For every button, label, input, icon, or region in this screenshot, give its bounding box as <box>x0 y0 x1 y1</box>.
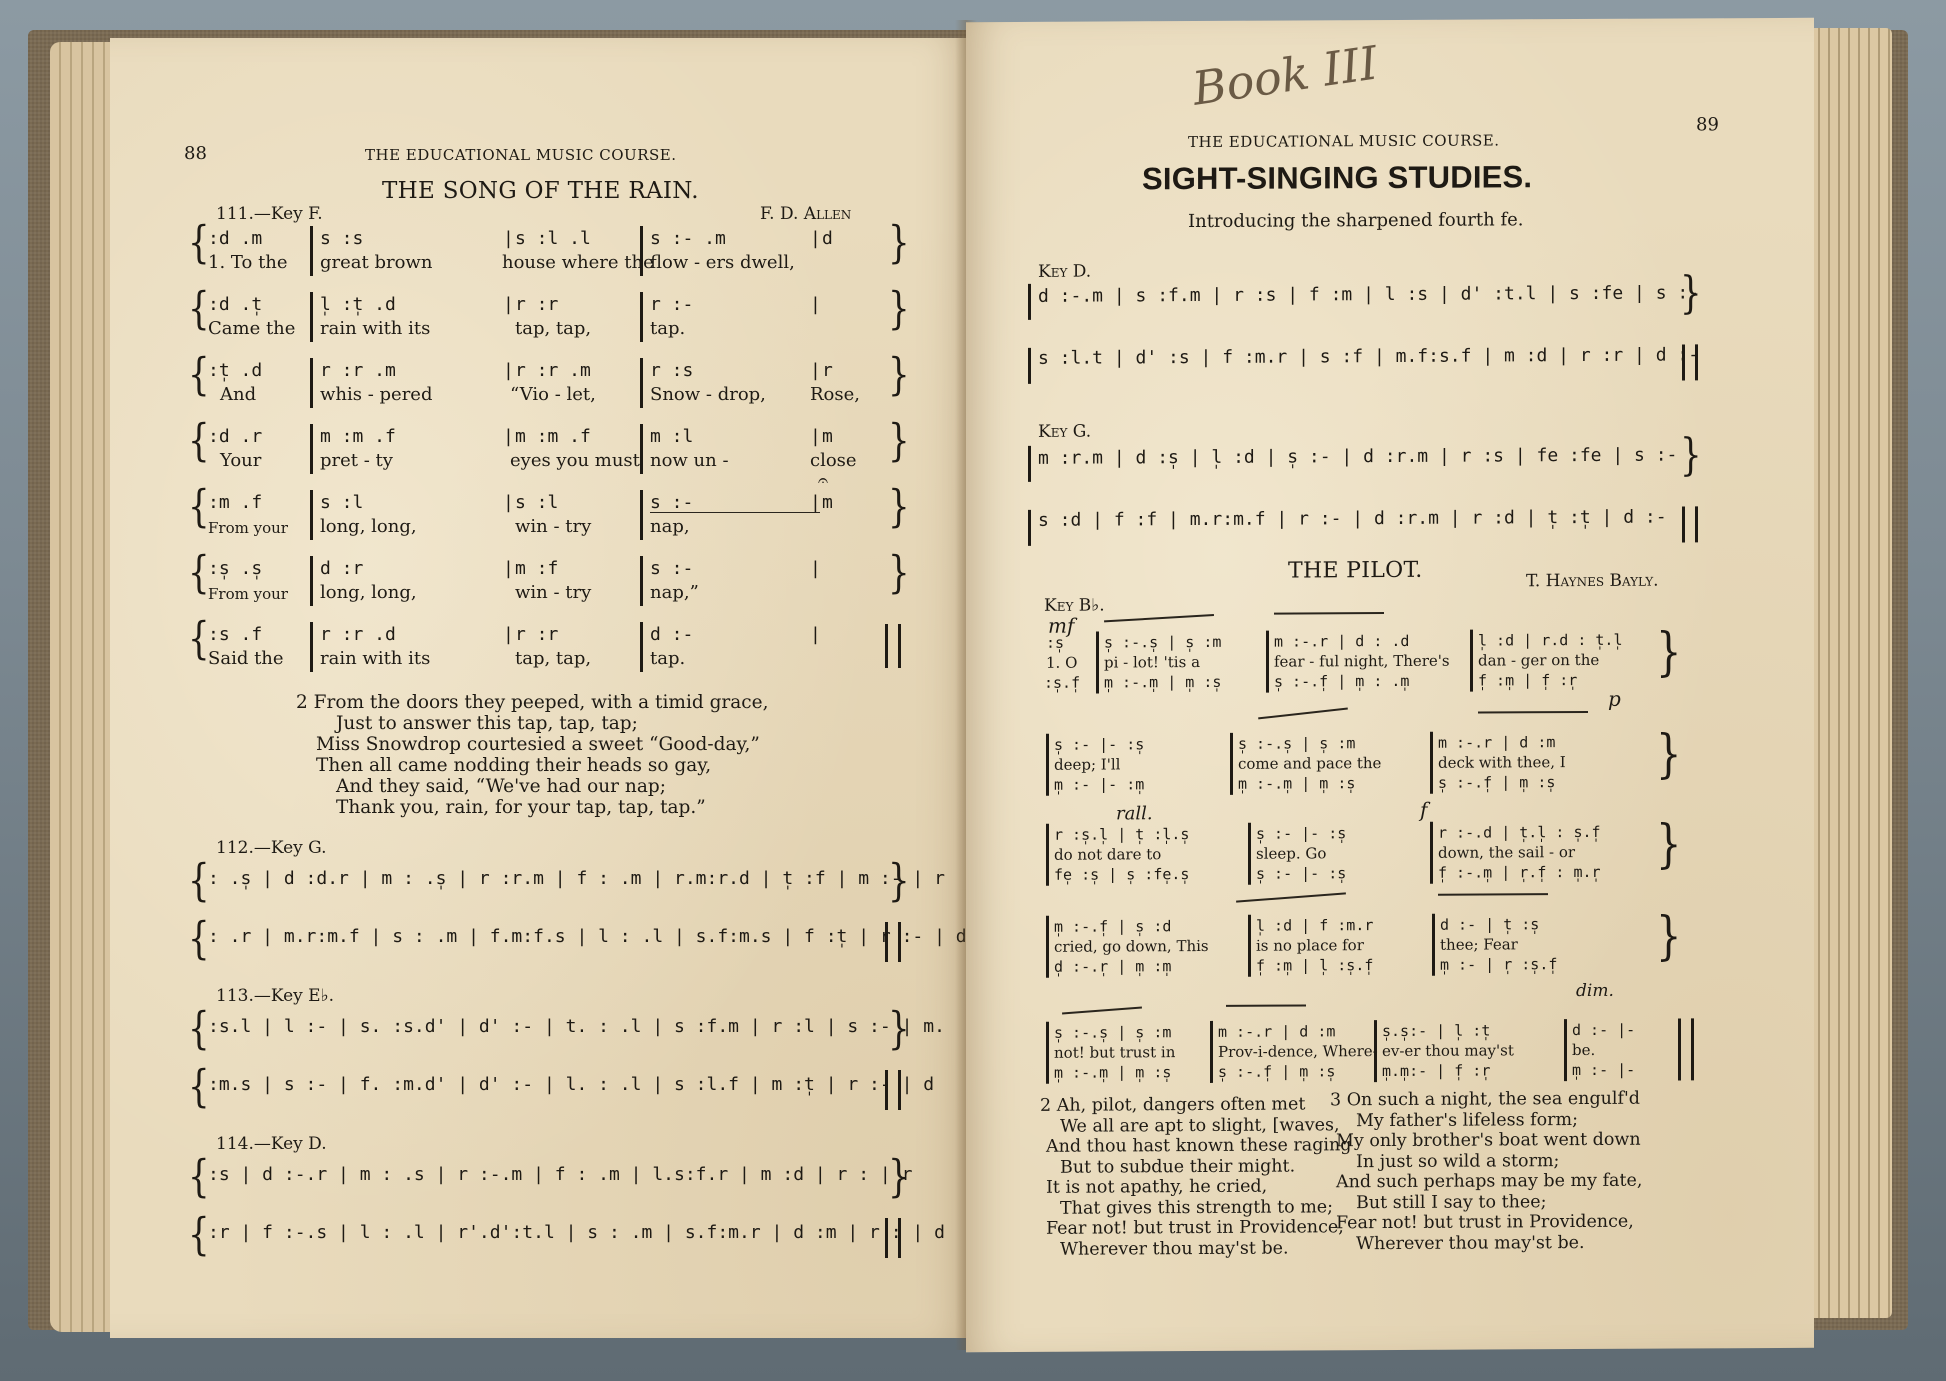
rallentando-marking: rall. <box>1116 803 1153 824</box>
song-title: THE PILOT. <box>1288 558 1422 584</box>
right-page: Book III 89 THE EDUCATIONAL MUSIC COURSE… <box>966 18 1814 1352</box>
running-head: THE EDUCATIONAL MUSIC COURSE. <box>1188 131 1499 151</box>
exercise-label: 112.—Key G. <box>216 838 327 858</box>
page-number: 89 <box>1696 114 1719 135</box>
dynamic-f: f <box>1420 798 1427 822</box>
solfa-line: : .r | m.r:m.f | s : .m | f.m:f.s | l : … <box>208 926 967 947</box>
solfa-line: :s | d :-.r | m : .s | r :-.m | f : .m |… <box>208 1164 912 1185</box>
solfa-line: s :l.t | d' :s | f :m.r | s :f | m.f:s.f… <box>1038 344 1699 368</box>
verse-3: 3 On such a night, the sea engulf'd My f… <box>1330 1089 1642 1255</box>
left-page: 88 THE EDUCATIONAL MUSIC COURSE. THE SON… <box>110 38 970 1338</box>
dynamic-p: p <box>1608 687 1621 711</box>
diminuendo-hairpin <box>1274 612 1384 615</box>
solfa-line: m :r.m | d :s̩ | l̩ :d | s̩ :- | d :r.m … <box>1038 444 1677 468</box>
key-label: Key D. <box>1038 262 1091 282</box>
song-title: THE SONG OF THE RAIN. <box>382 178 699 204</box>
solfa-line: : .s̩ | d :d.r | m : .s̩ | r :r.m | f : … <box>208 868 945 889</box>
solfa-line: d :-.m | s :f.m | r :s | f :m | l :s | d… <box>1038 282 1699 306</box>
exercise-label: 111.—Key F. <box>216 204 323 224</box>
page-number: 88 <box>184 143 207 164</box>
pilot-system: :s̩ 1. O :s̩.f̩ s̩ :-.s̩ | s̩ :m pi - lo… <box>966 18 1814 22</box>
section-title: SIGHT-SINGING STUDIES. <box>1142 159 1532 197</box>
verse-2: 2 Ah, pilot, dangers often met We all ar… <box>1040 1094 1351 1260</box>
diminuendo-marking: dim. <box>1576 981 1614 1001</box>
pilot-system: s̩ :-.s̩ | s̩ :m not! but trust in m̩ :-… <box>966 18 1814 22</box>
composer: T. Haynes Bayly. <box>1526 571 1659 592</box>
exercise-label: 114.—Key D. <box>216 1134 327 1154</box>
handwritten-note: Book III <box>1189 35 1381 115</box>
key-label: Key G. <box>1038 422 1091 442</box>
fermata-icon: 𝄐 <box>818 470 828 491</box>
running-head: THE EDUCATIONAL MUSIC COURSE. <box>365 146 676 164</box>
exercise-label: 113.—Key E♭. <box>216 986 334 1006</box>
page-edges-right <box>1810 28 1892 1318</box>
crescendo-hairpin <box>1104 614 1214 622</box>
verse-2: 2 From the doors they peeped, with a tim… <box>296 692 769 818</box>
composer: F. D. Allen <box>760 204 851 224</box>
pilot-system: r :s̩.l̩ | t̩ :l̩.s̩ do not dare to fe̩ … <box>966 18 1814 22</box>
solfa-line: :r | f :-.s | l : .l | r'.d':t.l | s : .… <box>208 1222 945 1243</box>
pilot-system: m̩ :-.f̩ | s̩ :d cried, go down, This d̩… <box>966 18 1814 22</box>
final-barline <box>1678 1018 1694 1080</box>
solfa-line: s :d | f :f | m.r:m.f | r :- | d :r.m | … <box>1038 507 1667 531</box>
section-subtitle: Introducing the sharpened fourth fe. <box>1188 209 1523 232</box>
final-barline <box>885 624 901 668</box>
solfa-line: :s.l | l :- | s. :s.d' | d' :- | t. : .l… <box>208 1016 945 1037</box>
solfa-line: :m.s | s :- | f. :m.d' | d' :- | l. : .l… <box>208 1074 934 1095</box>
pilot-system: s̩ :- |- :s̩ deep; I'll m̩ :- |- :m̩ s̩ … <box>966 18 1814 22</box>
